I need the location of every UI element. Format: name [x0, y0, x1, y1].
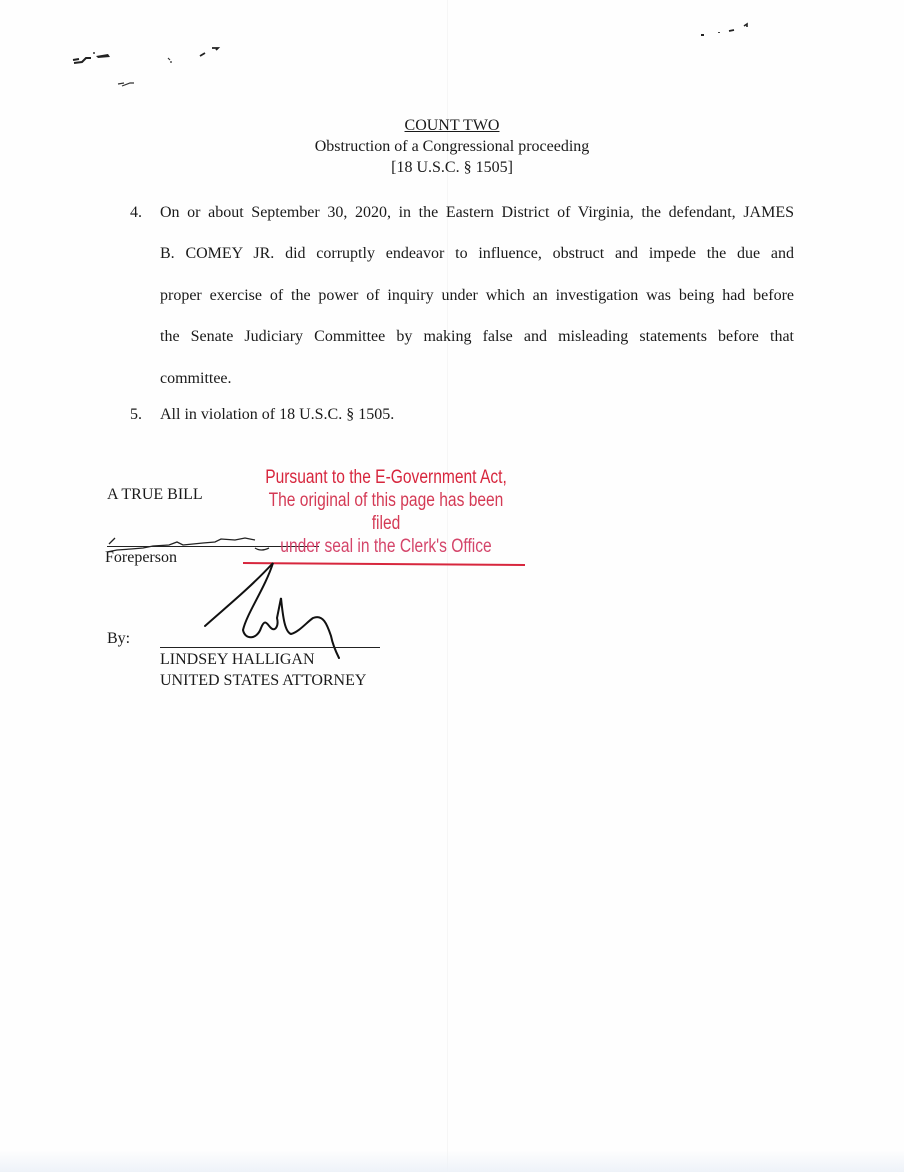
attorney-signature-line — [160, 647, 380, 648]
paragraph-line: committee. — [160, 370, 794, 388]
true-bill-label: A TRUE BILL — [107, 486, 203, 504]
foreperson-label: Foreperson — [105, 549, 177, 567]
scan-bottom-shade — [0, 1150, 904, 1172]
count-title: Obstruction of a Congressional proceedin… — [0, 137, 904, 157]
document-page: COUNT TWO Obstruction of a Congressional… — [0, 0, 904, 1172]
sealed-stamp: Pursuant to the E-Government Act, The or… — [263, 466, 509, 558]
by-label: By: — [107, 630, 130, 648]
count-citation: [18 U.S.C. § 1505] — [0, 158, 904, 178]
paragraph-line: B. COMEY JR. did corruptly endeavor to i… — [160, 245, 794, 263]
paragraph-line: On or about September 30, 2020, in the E… — [160, 204, 794, 222]
scan-specks-top-left — [70, 44, 230, 94]
scan-specks-top-right — [698, 22, 758, 42]
paragraph-line: All in violation of 18 U.S.C. § 1505. — [160, 406, 794, 424]
paragraph-line: the Senate Judiciary Committee by making… — [160, 328, 794, 346]
paragraph-line: proper exercise of the power of inquiry … — [160, 287, 794, 305]
stamp-line-1: Pursuant to the E-Government Act, — [263, 466, 509, 489]
stamp-line-2: The original of this page has been filed — [263, 489, 509, 535]
count-heading: COUNT TWO — [0, 116, 904, 136]
stamp-line-3: under seal in the Clerk's Office — [263, 535, 509, 558]
paragraph-number: 5. — [130, 406, 156, 424]
signer-title: UNITED STATES ATTORNEY — [160, 671, 366, 691]
paragraph-number: 4. — [130, 204, 156, 222]
signer-name: LINDSEY HALLIGAN — [160, 650, 315, 670]
